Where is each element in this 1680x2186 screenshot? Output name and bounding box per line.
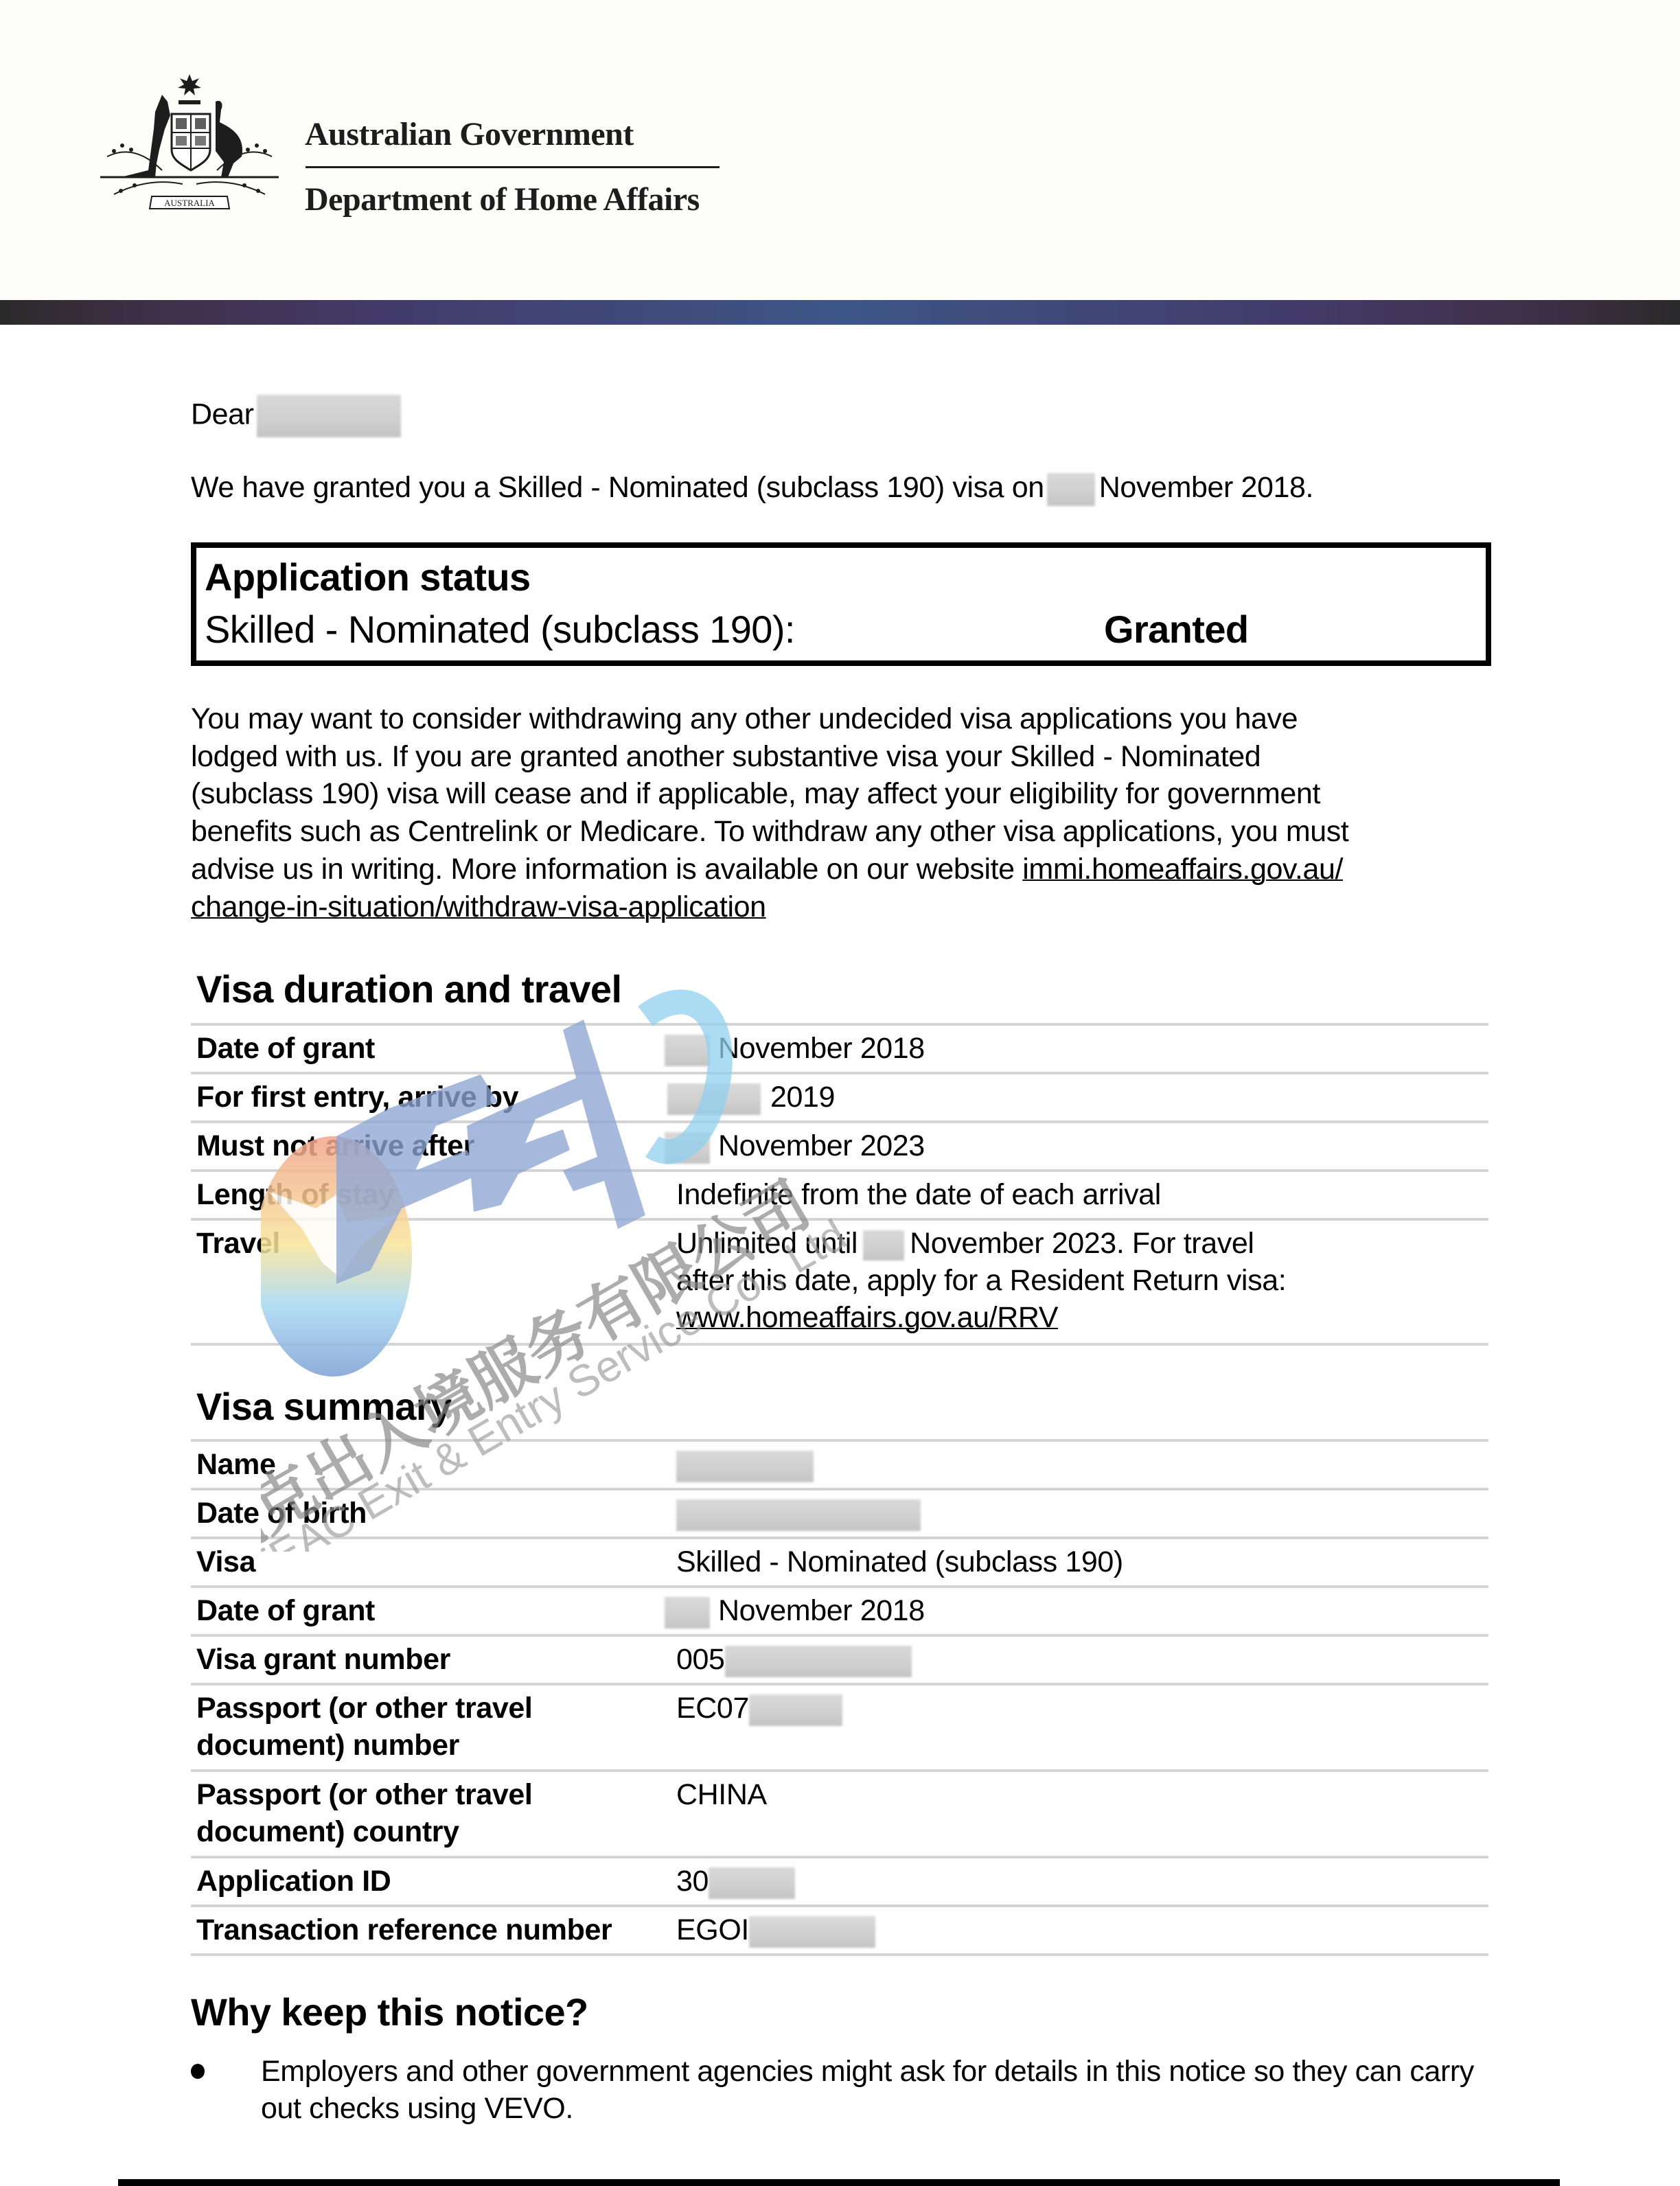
section-title-keep-notice: Why keep this notice? (191, 1990, 588, 2034)
redacted-day (863, 1230, 904, 1261)
table-row: Name (191, 1439, 1488, 1488)
redacted-day (665, 1035, 710, 1066)
rrv-link[interactable]: www.homeaffairs.gov.au/RRV (676, 1301, 1058, 1334)
redacted-name (257, 395, 401, 437)
table-row: Transaction reference number EGOI (191, 1905, 1488, 1953)
letterhead: AUSTRALIA Australian Government Departme… (0, 0, 1680, 299)
withdraw-visa-link[interactable]: immi.homeaffairs.gov.au/ (1022, 853, 1343, 886)
table-row: Date of grant November 2018 (191, 1023, 1488, 1072)
redacted-number (749, 1916, 875, 1948)
withdraw-paragraph: You may want to consider withdrawing any… (191, 700, 1491, 925)
status-visa-name: Skilled - Nominated (subclass 190): (205, 607, 795, 652)
table-row: Must not arrive after November 2023 (191, 1120, 1488, 1169)
redacted-dob (676, 1499, 921, 1531)
redacted-day (665, 1597, 710, 1629)
table-row: Passport (or other travel document) numb… (191, 1683, 1488, 1769)
withdraw-visa-link-cont[interactable]: change-in-situation/withdraw-visa-applic… (191, 890, 766, 923)
table-row: Passport (or other travel document) coun… (191, 1769, 1488, 1856)
bullet-icon (191, 2064, 205, 2079)
coat-of-arms-icon: AUSTRALIA (93, 74, 292, 218)
redacted-day (1047, 473, 1095, 506)
header-divider (306, 166, 720, 168)
government-name: Australian Government (305, 115, 634, 153)
table-row: Application ID 30 (191, 1856, 1488, 1905)
status-badge: Granted (1104, 607, 1249, 652)
grant-sentence: We have granted you a Skilled - Nominate… (191, 469, 1313, 506)
table-row: Length of stay Indefinite from the date … (191, 1169, 1488, 1218)
footer-rule (118, 2179, 1560, 2186)
redacted-day (665, 1132, 710, 1164)
redacted-number (709, 1867, 795, 1899)
table-row: Travel Unlimited untilNovember 2023. For… (191, 1218, 1488, 1343)
application-status-box: Application status Skilled - Nominated (… (191, 542, 1491, 666)
table-divider (191, 1953, 1488, 1956)
status-box-title: Application status (205, 555, 531, 599)
table-row: For first entry, arrive by 2019 (191, 1072, 1488, 1120)
table-row: Date of grant November 2018 (191, 1585, 1488, 1634)
header-gradient-band (0, 300, 1680, 325)
table-divider (191, 1343, 1488, 1346)
department-name: Department of Home Affairs (305, 181, 700, 218)
redacted-number (725, 1646, 912, 1677)
redacted-number (749, 1694, 842, 1726)
bullet-text: Employers and other government agencies … (261, 2053, 1483, 2127)
svg-text:AUSTRALIA: AUSTRALIA (164, 198, 215, 208)
section-title-summary: Visa summary (196, 1384, 452, 1429)
salutation: Dear (191, 395, 401, 437)
table-row: Visa Skilled - Nominated (subclass 190) (191, 1537, 1488, 1585)
redacted-name (676, 1451, 814, 1482)
redacted-date (667, 1083, 761, 1115)
table-row: Visa grant number 005 (191, 1634, 1488, 1683)
table-row: Date of birth (191, 1488, 1488, 1537)
section-title-duration: Visa duration and travel (196, 967, 621, 1011)
